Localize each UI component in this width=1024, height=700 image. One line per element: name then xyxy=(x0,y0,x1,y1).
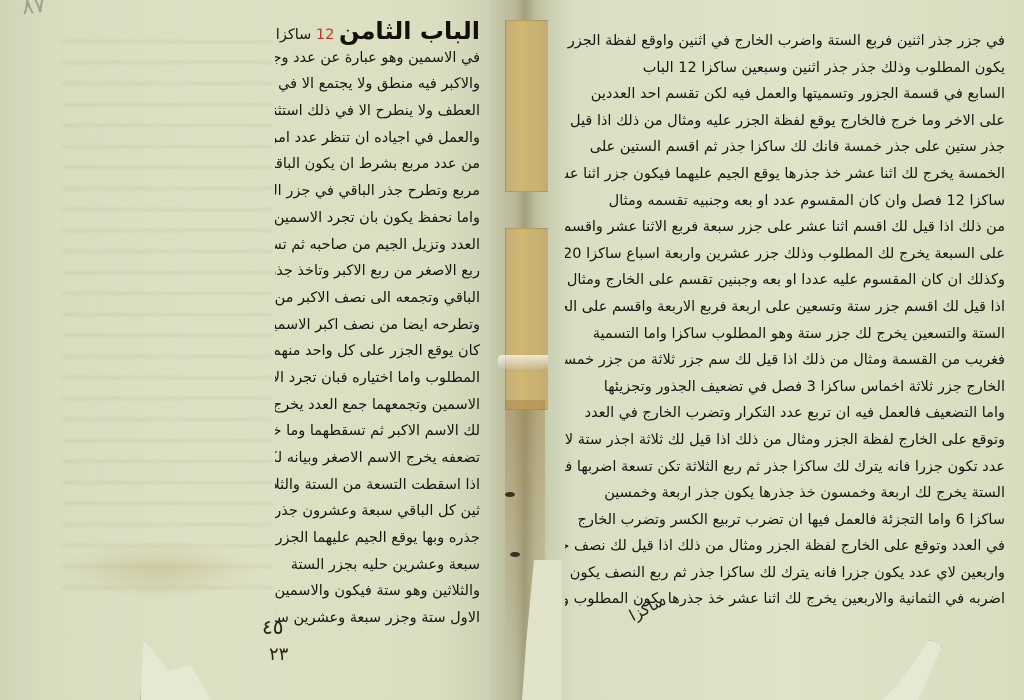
text-line: وتوقع على الخارج لفظة الجزر ومثال من ذلك… xyxy=(565,427,1005,454)
text-line: الاول ستة وجزر سبعة وعشرين ساكزا xyxy=(275,605,480,632)
ink-bleed-through xyxy=(62,40,272,595)
left-page-text: الباب الثامن 12 ساكزا في الاسمين وهو عبا… xyxy=(275,18,480,632)
folio-number: ٤٥ xyxy=(262,615,283,639)
text-line: واربعين لاي عدد يكون جزرا فانه يترك لك س… xyxy=(565,560,1005,587)
text-line: واما نحفظ يكون بان تجرد الاسمين في مربع xyxy=(275,205,480,232)
folio-number-secondary: ٢٣ xyxy=(269,644,288,665)
text-line: ساكزا 12 فصل وان كان المقسوم عدد او بعه … xyxy=(565,188,1005,215)
text-line: ثين كل الباقي سبعة وعشرون جذر xyxy=(275,498,480,525)
text-line: فغريب من القسمة ومثال من ذلك اذا قيل لك … xyxy=(565,347,1005,374)
manuscript-spread: ٨٧ الباب الثامن 12 ساكزا في الاسمين وهو … xyxy=(0,0,1024,700)
text-line: اذا اسقطت التسعة من الستة والثلا xyxy=(275,472,480,499)
text-line: العطف ولا ينطرح الا في ذلك استثناء xyxy=(275,98,480,125)
sewing-hole xyxy=(505,492,515,497)
red-number: 12 xyxy=(316,27,334,43)
text-line: جذر ستين على جذر خمسة فانك لك ساكزا جذر … xyxy=(565,134,1005,161)
text-line: العدد وتزيل الجيم من صاحبه ثم تسقط xyxy=(275,232,480,259)
text-line: والعمل في اجياده ان تنظر عدد امرتبعا xyxy=(275,125,480,152)
text-line: لك الاسم الاكبر ثم تسقطهما وما خرج xyxy=(275,418,480,445)
text-line: الستة والتسعين يخرج لك جزر ستة وهو المطل… xyxy=(565,321,1005,348)
text-line: تضعفه يخرج الاسم الاصغر وبيانه لكما xyxy=(275,445,480,472)
text-line: من ذلك اذا قيل لك اقسم اثنا عشر على جزر … xyxy=(565,214,1005,241)
right-page-text: في جزر جذر اثنين فربع الستة واضرب الخارج… xyxy=(565,28,1005,613)
text-line: يكون المطلوب وذلك جذر جذر اثنين وسبعين س… xyxy=(565,55,1005,82)
repair-tape-upper xyxy=(505,20,549,192)
text-line: الباقي وتجمعه الى نصف الاكبر من الاسمين xyxy=(275,285,480,312)
text-line: من عدد مربع بشرط ان يكون الباقي غير xyxy=(275,151,480,178)
sewing-hole xyxy=(510,552,520,557)
text-line: في العدد وتوقع على الخارج لفظة الجزر ومث… xyxy=(565,533,1005,560)
text-line: اذا قيل لك اقسم جزر ستة وتسعين على اربعة… xyxy=(565,294,1005,321)
text-line: في جزر جذر اثنين فربع الستة واضرب الخارج… xyxy=(565,28,1005,55)
marginal-ref: ساكزا xyxy=(276,27,312,43)
repair-tape-lower xyxy=(505,228,549,410)
text-line: الستة يخرج لك اربعة وخمسون خذ جذرها يكون… xyxy=(565,480,1005,507)
text-line: كان يوقع الجزر على كل واحد منهما يكون xyxy=(275,338,480,365)
text-line: على الاخر وما خرج فالخارج يوقع لفظة الجز… xyxy=(565,108,1005,135)
text-line: واما التضعيف فالعمل فيه ان تربع عدد التك… xyxy=(565,400,1005,427)
text-line: السابع في قسمة الجزور وتسميتها والعمل في… xyxy=(565,81,1005,108)
water-stain xyxy=(60,540,260,600)
text-line: الخارج جزر ثلاثة اخماس ساكزا 3 فصل في تض… xyxy=(565,374,1005,401)
text-line: وتطرحه ايضا من نصف اكبر الاسمين وما xyxy=(275,312,480,339)
text-line: على السبعة يخرج لك المطلوب وذلك جزر عشري… xyxy=(565,241,1005,268)
text-line: والاكبر فيه منطق ولا يجتمع الا في xyxy=(275,71,480,98)
text-line: والثلاثين وهو ستة فيكون والاسمين xyxy=(275,578,480,605)
text-line: المطلوب واما اختياره فبان تجرد الاسم xyxy=(275,365,480,392)
text-line: سبعة وعشرين حليه بجزر الستة xyxy=(275,552,480,579)
text-line: ساكزا 6 واما التجزئة فالعمل فيها ان تضرب… xyxy=(565,507,1005,534)
text-line: مربع وتطرح جذر الباقي في جزر العدد الاكب… xyxy=(275,178,480,205)
text-line: في الاسمين وهو عبارة عن عدد وجزر عدد xyxy=(275,45,480,72)
chapter-heading: الباب الثامن xyxy=(339,18,480,45)
folio-mark: ٨٧ xyxy=(21,0,47,20)
text-line: الباب الثامن 12 ساكزا xyxy=(275,18,480,45)
text-line: الاسمين وتجمعهما جمع العدد يخرج xyxy=(275,392,480,419)
text-line: الخمسة يخرج لك اثنا عشر خذ جذرها يوقع ال… xyxy=(565,161,1005,188)
text-line: عدد تكون جزرا فانه يترك لك ساكزا جذر ثم … xyxy=(565,454,1005,481)
text-line: وكذلك ان كان المقسوم عليه عددا او بعه وج… xyxy=(565,267,1005,294)
text-line: جذره وبها يوقع الجيم عليهما الجزر منها xyxy=(275,525,480,552)
text-line: ربع الاصغر من ربع الاكبر وتاخذ جذر xyxy=(275,258,480,285)
